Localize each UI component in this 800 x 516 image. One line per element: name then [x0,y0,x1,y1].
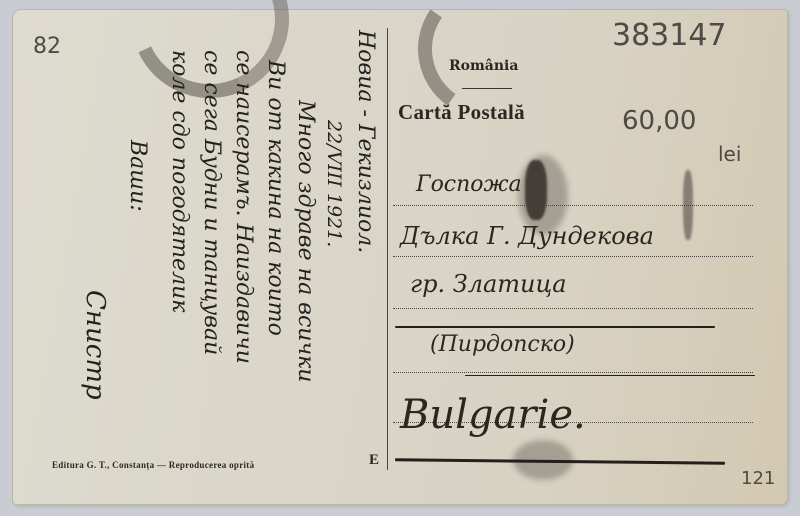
address-line-4 [393,372,753,373]
address-country: Bulgarie. [400,392,586,438]
corner-number: 121 [741,468,775,489]
address-line-3 [393,308,753,309]
message-line: Новиа - Гекизлиол. [353,30,378,253]
address-recipient-title: Госпожа [416,172,522,197]
price-label: 60,00 [622,106,696,136]
address-line-1 [393,205,753,206]
publisher-imprint: Editura G. T., Constanța — Reproducerea … [52,460,254,470]
address-city: гр. Златица [410,270,567,298]
handwritten-message: Новиа - Гекизлиол. 22/VIII 1921. Много з… [40,20,380,440]
currency-label: lei [718,142,741,166]
message-line: се наисерамъ. Наиздавичи [231,50,256,364]
message-closing: Ваши: [125,140,150,212]
address-recipient-name: Дълка Г. Дундекова [400,222,654,250]
card-title: Cartă Postală [398,100,525,125]
message-line: Много здраве на всички [293,100,318,382]
handwritten-underline [465,375,755,376]
handwritten-underline [395,326,715,328]
message-line: коле сдо погодятелик [167,50,192,312]
edition-mark: E [369,452,379,469]
inventory-number: 383147 [612,18,727,53]
message-line: се сега Будни и танцувай [199,50,224,355]
message-line: Ви от какина на които [263,60,288,336]
address-district: (Пирдопско) [430,332,575,357]
address-line-2 [393,256,753,257]
ink-blot [525,160,547,220]
message-signature: Снистр [80,290,110,400]
header-rule [462,88,512,89]
country-label: România [449,58,518,74]
message-date: 22/VIII 1921. [323,120,345,247]
vertical-divider [387,28,388,470]
